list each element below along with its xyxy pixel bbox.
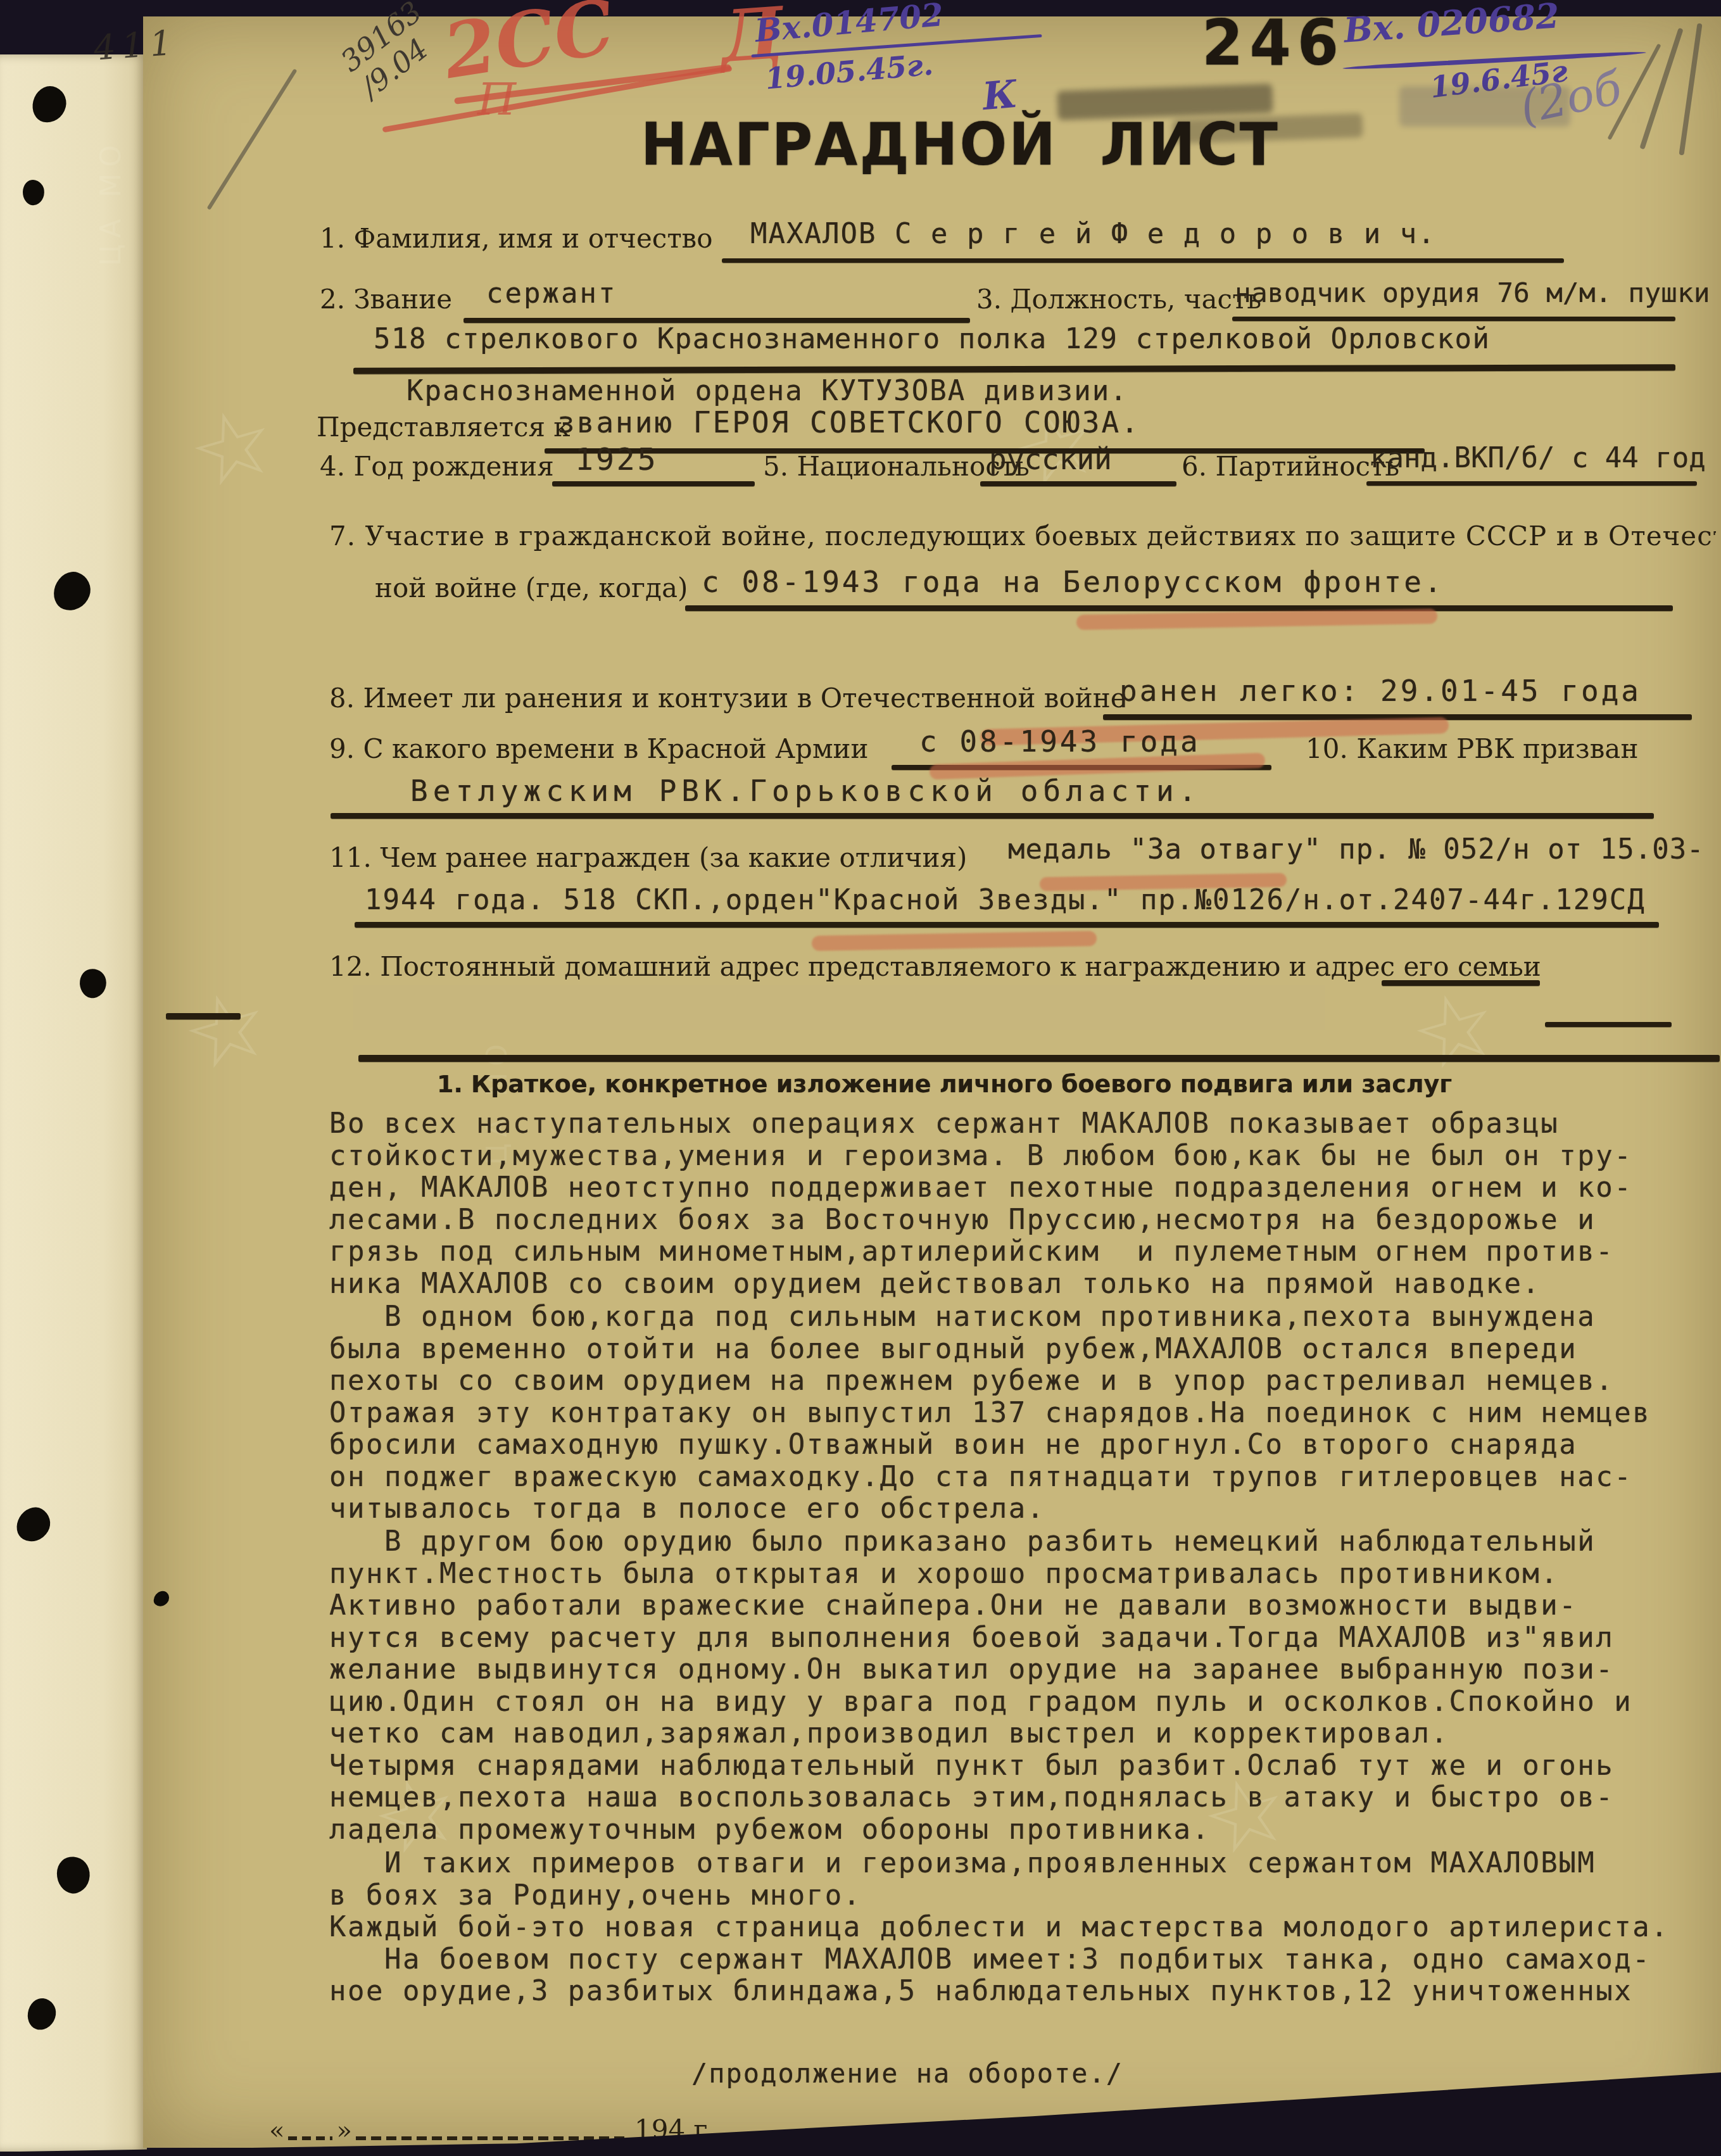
field-6-value: канд.ВКП/б/ с 44 год xyxy=(1370,442,1721,474)
document-title: НАГРАДНОЙ ЛИСТ xyxy=(641,110,1280,179)
field-3-value: наводчик орудия 76 м/м. пушки xyxy=(1235,277,1710,309)
field-12-label: 12. Постоянный домашний адрес представля… xyxy=(329,951,1541,982)
field-11-value-line2: 1944 года. 518 СКП.,орден"Красной Звезды… xyxy=(365,884,1721,916)
field-7-value: с 08-1943 года на Белорусском фронте. xyxy=(702,565,1444,599)
feat-section-heading: 1. Краткое, конкретное изложение личного… xyxy=(437,1070,1452,1098)
field-2-label: 2. Звание xyxy=(320,284,452,315)
underline-rule xyxy=(552,481,755,486)
field-7-label2: ной войне (где, когда) xyxy=(375,572,688,603)
field-5-value: русский xyxy=(989,442,1112,476)
present-for-value: званию ГЕРОЯ СОВЕТСКОГО СОЮЗА. xyxy=(557,405,1140,439)
watermark-archive-text: ЦА МО xyxy=(95,139,127,266)
underlying-page-edge xyxy=(0,54,147,2152)
field-4-label: 4. Год рождения xyxy=(320,451,554,482)
field-6-label: 6. Партийность xyxy=(1182,451,1399,482)
field-1-value: МАХАЛОВ С е р г е й Ф е д о р о в и ч. xyxy=(750,218,1436,250)
field-3-label: 3. Должность, часть xyxy=(976,284,1261,315)
section-divider-rule xyxy=(358,1055,1720,1062)
feat-paragraph: И таких примеров отваги и героизма,прояв… xyxy=(329,1848,1720,2008)
field-8-label: 8. Имеет ли ранения и контузии в Отечест… xyxy=(329,683,1126,714)
date-quote-close: » xyxy=(336,2116,351,2145)
feat-paragraph: Во всех наступательных операциях сержант… xyxy=(329,1108,1720,1300)
underline-rule xyxy=(166,1013,241,1019)
underline-rule xyxy=(722,258,1564,263)
redacted-address-box xyxy=(355,987,1323,1028)
scanned-award-document: ☆ ☆ ☆ ☆ ☆ ☆ ЦА МО ЦА МО 39163 /9.04 411 … xyxy=(0,0,1721,2156)
continuation-note: /продолжение на обороте./ xyxy=(691,2058,1123,2089)
field-8-value: ранен легко: 29.01-45 года xyxy=(1119,674,1641,708)
underline-rule xyxy=(1382,980,1540,986)
field-9-value: с 08-1943 года xyxy=(919,724,1201,759)
field-4-value: 1925 xyxy=(575,442,659,477)
underline-rule xyxy=(1366,481,1697,486)
field-9-label: 9. С какого времени в Красной Армии xyxy=(329,733,869,764)
field-10-label: 10. Каким РВК призван xyxy=(1306,733,1638,764)
field-1-label: 1. Фамилия, имя и отчество xyxy=(320,223,713,254)
date-dash-short xyxy=(288,2136,332,2140)
field-11-label: 11. Чем ранее награжден (за какие отличи… xyxy=(329,842,967,873)
underline-rule xyxy=(331,813,1654,819)
underline-rule xyxy=(1232,317,1675,321)
pencil-mark: 411 xyxy=(92,22,179,68)
underline-rule xyxy=(355,922,1659,928)
present-for-label: Представляется к xyxy=(317,412,571,443)
underline-rule xyxy=(685,605,1673,611)
underline-rule xyxy=(463,318,970,323)
field-10-value: Ветлужским РВК.Горьковской области. xyxy=(410,774,1201,808)
field-11-value: медаль "За отвагу" пр. № 052/н от 15.03- xyxy=(1008,833,1721,866)
date-quote-open: « xyxy=(269,2116,284,2145)
field-3-value-line3: Краснознаменной ордена КУТУЗОВА дивизии. xyxy=(407,375,1128,407)
field-2-value: сержант xyxy=(486,277,617,310)
red-pencil-letter-small: П xyxy=(477,73,516,125)
underline-rule xyxy=(980,481,1176,486)
field-3-value-line2: 518 стрелкового Краснознаменного полка 1… xyxy=(374,323,1490,355)
underline-rule xyxy=(1545,1022,1672,1027)
feat-paragraph: В одном бою,когда под сильным натиском п… xyxy=(329,1301,1720,1525)
faded-stamp-smudge xyxy=(1399,86,1570,127)
feat-paragraph: В другом бою орудию было приказано разби… xyxy=(329,1526,1720,1846)
field-7-label: 7. Участие в гражданской войне, последую… xyxy=(329,520,1716,552)
date-dash-long xyxy=(356,2136,628,2140)
page-number-stamp: 246 xyxy=(1202,7,1345,80)
